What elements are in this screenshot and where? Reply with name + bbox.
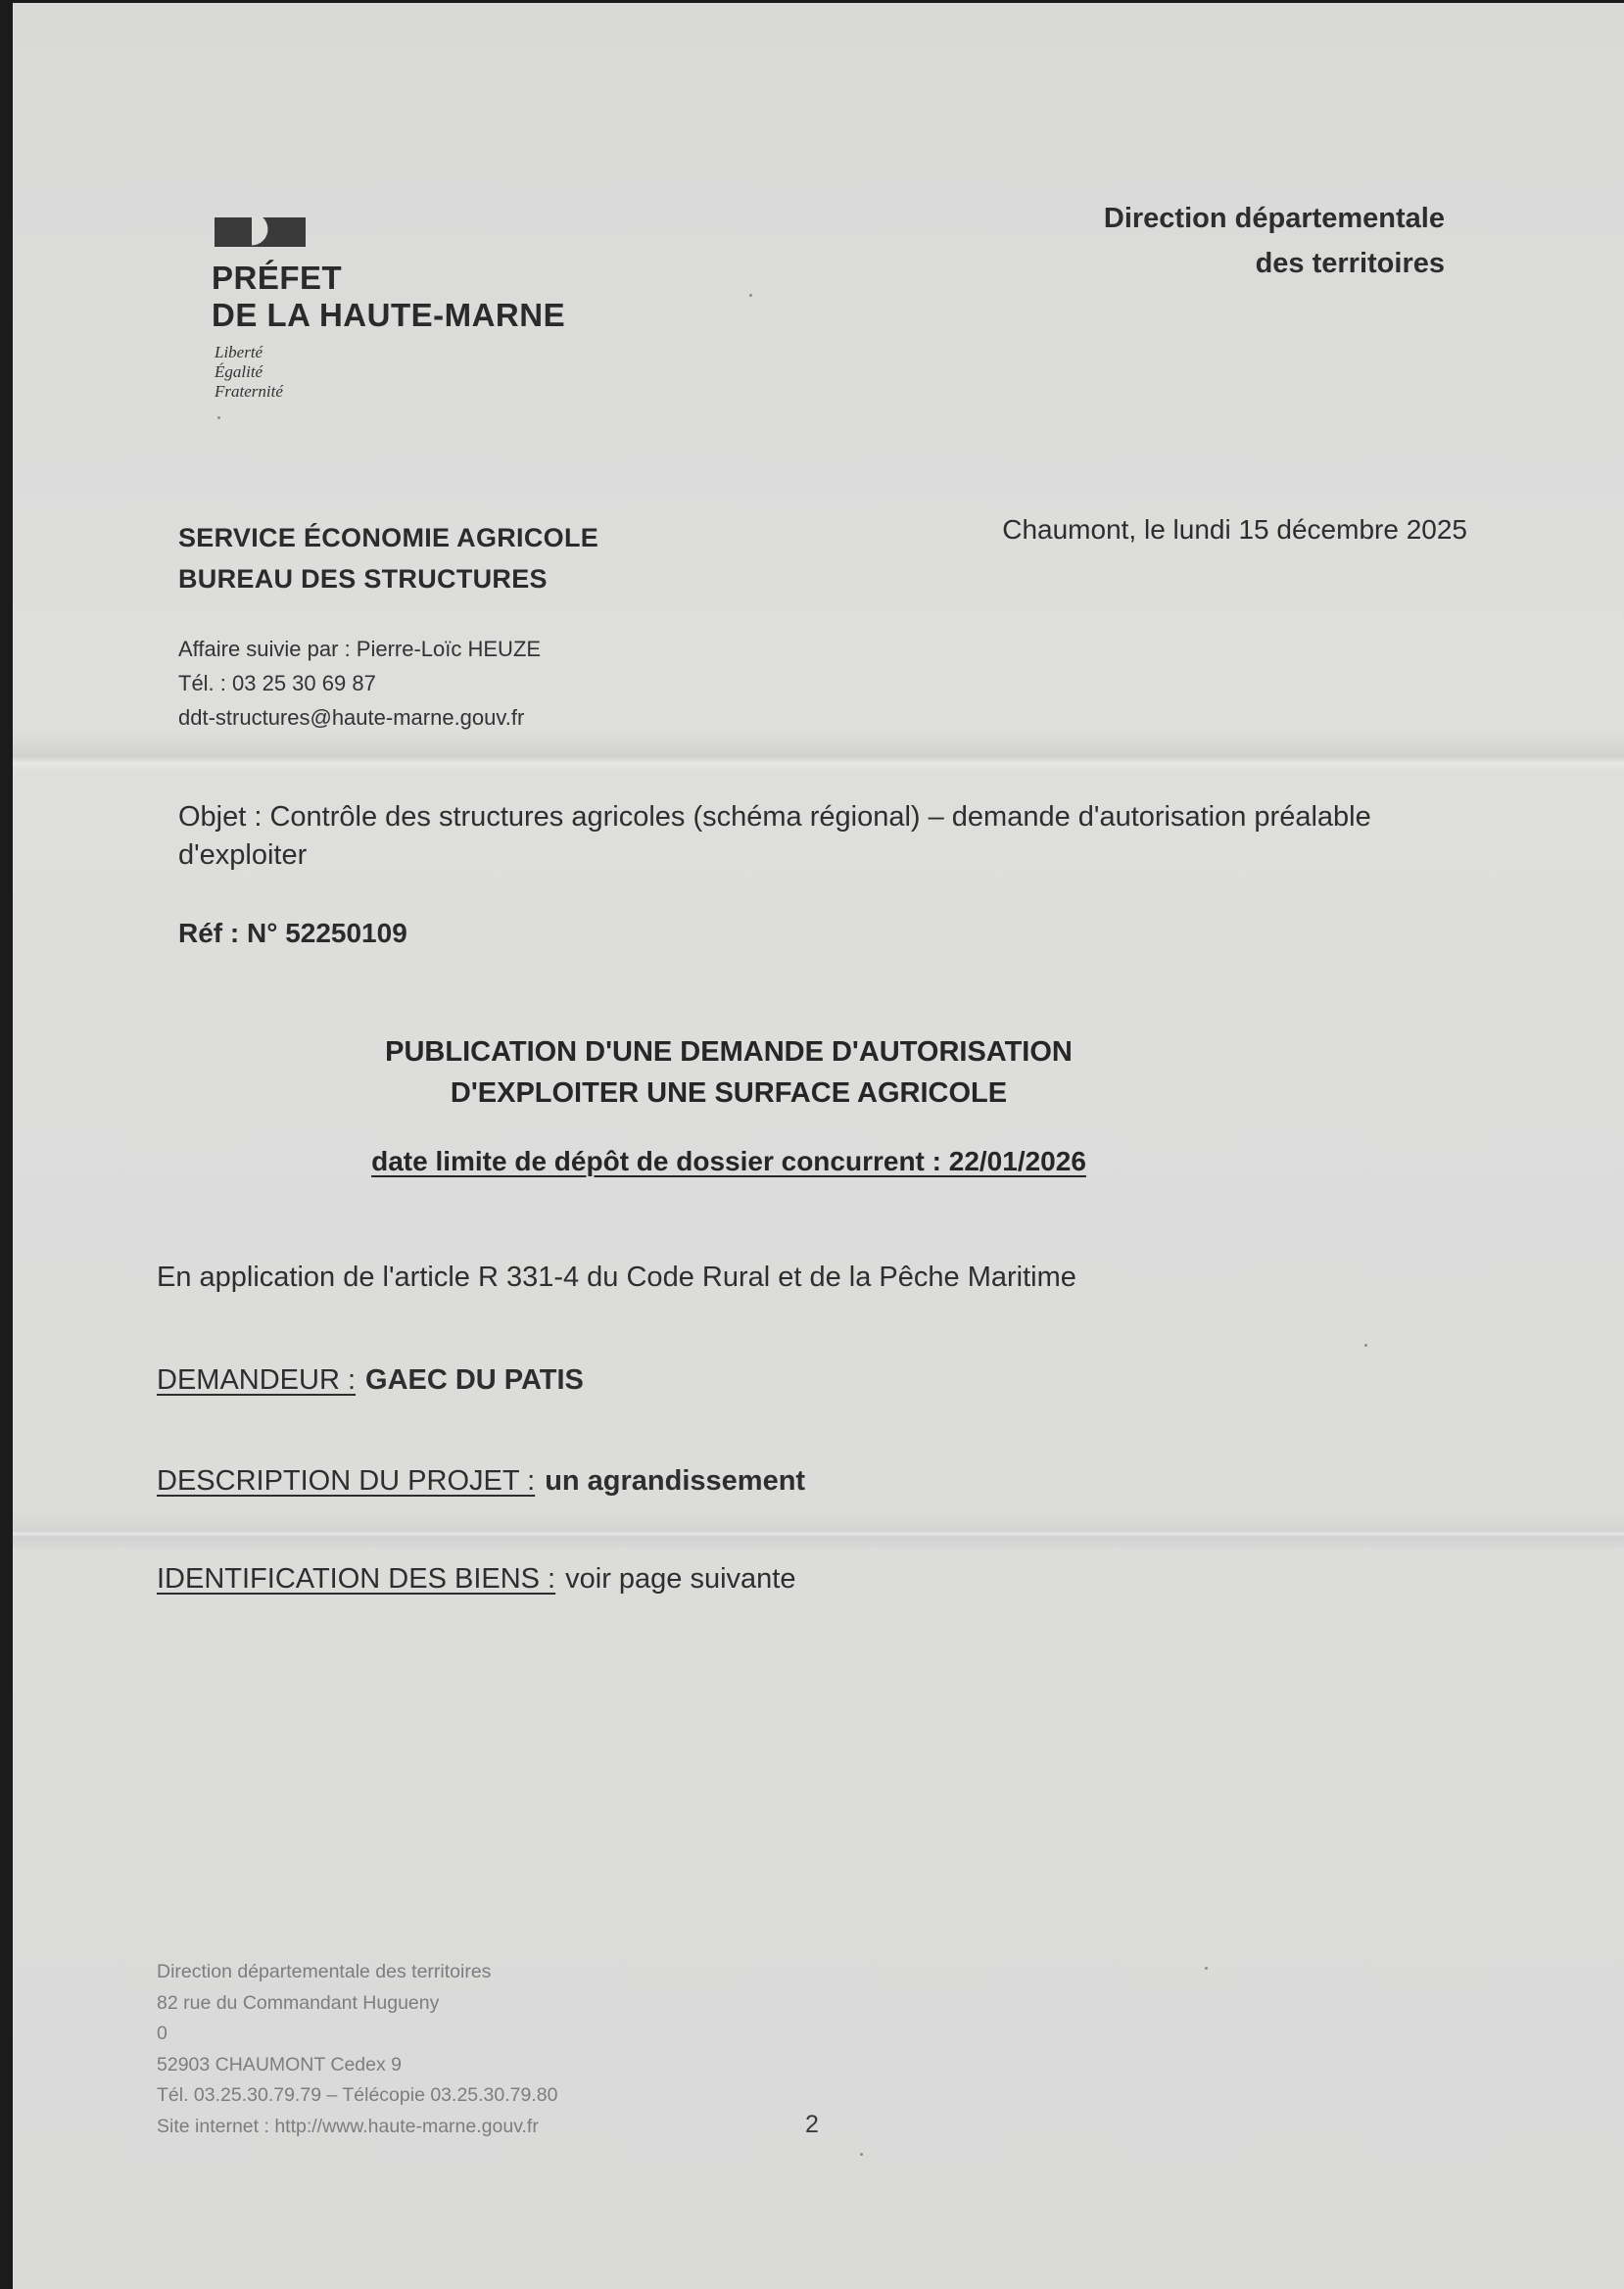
letter-subject: Objet : Contrôle des structures agricole… (178, 798, 1471, 875)
case-officer: Affaire suivie par : Pierre-Loïc HEUZE (178, 632, 541, 666)
footer-line: Site internet : http://www.haute-marne.g… (157, 2112, 557, 2143)
legal-basis: En application de l'article R 331-4 du C… (157, 1262, 1076, 1294)
footer-line: Direction départementale des territoires (157, 1957, 557, 1988)
footer-line: 82 rue du Commandant Hugueny (157, 1988, 557, 2020)
fold-line (13, 733, 1624, 772)
marianne-logo-icon (215, 217, 306, 247)
service-line: BUREAU DES STRUCTURES (178, 558, 598, 599)
motto-line: Égalité (215, 362, 283, 382)
prefecture-title: PRÉFET DE LA HAUTE-MARNE (212, 260, 565, 334)
contact-email: ddt-structures@haute-marne.gouv.fr (178, 700, 541, 735)
prefecture-title-line: DE LA HAUTE-MARNE (212, 297, 565, 334)
letter-date: Chaumont, le lundi 15 décembre 2025 (1002, 514, 1467, 546)
republic-motto: Liberté Égalité Fraternité (215, 343, 283, 402)
field-label: DESCRIPTION DU PROJET : (157, 1465, 535, 1497)
deadline-row: date limite de dépôt de dossier concurre… (0, 1146, 1624, 1177)
service-name: SERVICE ÉCONOMIE AGRICOLE BUREAU DES STR… (178, 517, 598, 599)
footer-line: 0 (157, 2019, 557, 2050)
motto-line: Liberté (215, 343, 283, 362)
reference-number: Réf : N° 52250109 (178, 918, 407, 949)
scan-speck (860, 2153, 863, 2156)
issuing-direction: Direction départementale des territoires (1104, 196, 1445, 286)
field-value: GAEC DU PATIS (365, 1364, 584, 1396)
contact-block: Affaire suivie par : Pierre-Loïc HEUZE T… (178, 632, 541, 735)
scan-speck (1364, 1344, 1367, 1347)
field-label: IDENTIFICATION DES BIENS : (157, 1563, 555, 1595)
direction-line: des territoires (1104, 241, 1445, 286)
direction-line: Direction départementale (1104, 196, 1445, 241)
publication-title: PUBLICATION D'UNE DEMANDE D'AUTORISATION… (0, 1031, 1624, 1114)
page-number: 2 (805, 2111, 819, 2139)
publication-title-line: D'EXPLOITER UNE SURFACE AGRICOLE (385, 1073, 1073, 1114)
scan-speck (1205, 1967, 1208, 1970)
field-label: DEMANDEUR : (157, 1364, 356, 1396)
motto-line: Fraternité (215, 382, 283, 402)
field-identification: IDENTIFICATION DES BIENS :voir page suiv… (157, 1563, 796, 1596)
deadline-text: date limite de dépôt de dossier concurre… (371, 1146, 1086, 1177)
footer-line: 52903 CHAUMONT Cedex 9 (157, 2050, 557, 2081)
contact-phone: Tél. : 03 25 30 69 87 (178, 666, 541, 700)
service-line: SERVICE ÉCONOMIE AGRICOLE (178, 517, 598, 558)
field-demandeur: DEMANDEUR :GAEC DU PATIS (157, 1364, 584, 1397)
prefecture-title-line: PRÉFET (212, 260, 565, 297)
field-value: un agrandissement (545, 1465, 805, 1497)
scan-speck (217, 416, 220, 419)
field-description: DESCRIPTION DU PROJET :un agrandissement (157, 1465, 805, 1498)
footer-address: Direction départementale des territoires… (157, 1957, 557, 2142)
fold-line (13, 1511, 1624, 1550)
footer-line: Tél. 03.25.30.79.79 – Télécopie 03.25.30… (157, 2080, 557, 2112)
scan-speck (749, 294, 752, 297)
field-value: voir page suivante (565, 1563, 795, 1595)
publication-title-line: PUBLICATION D'UNE DEMANDE D'AUTORISATION (385, 1031, 1073, 1073)
